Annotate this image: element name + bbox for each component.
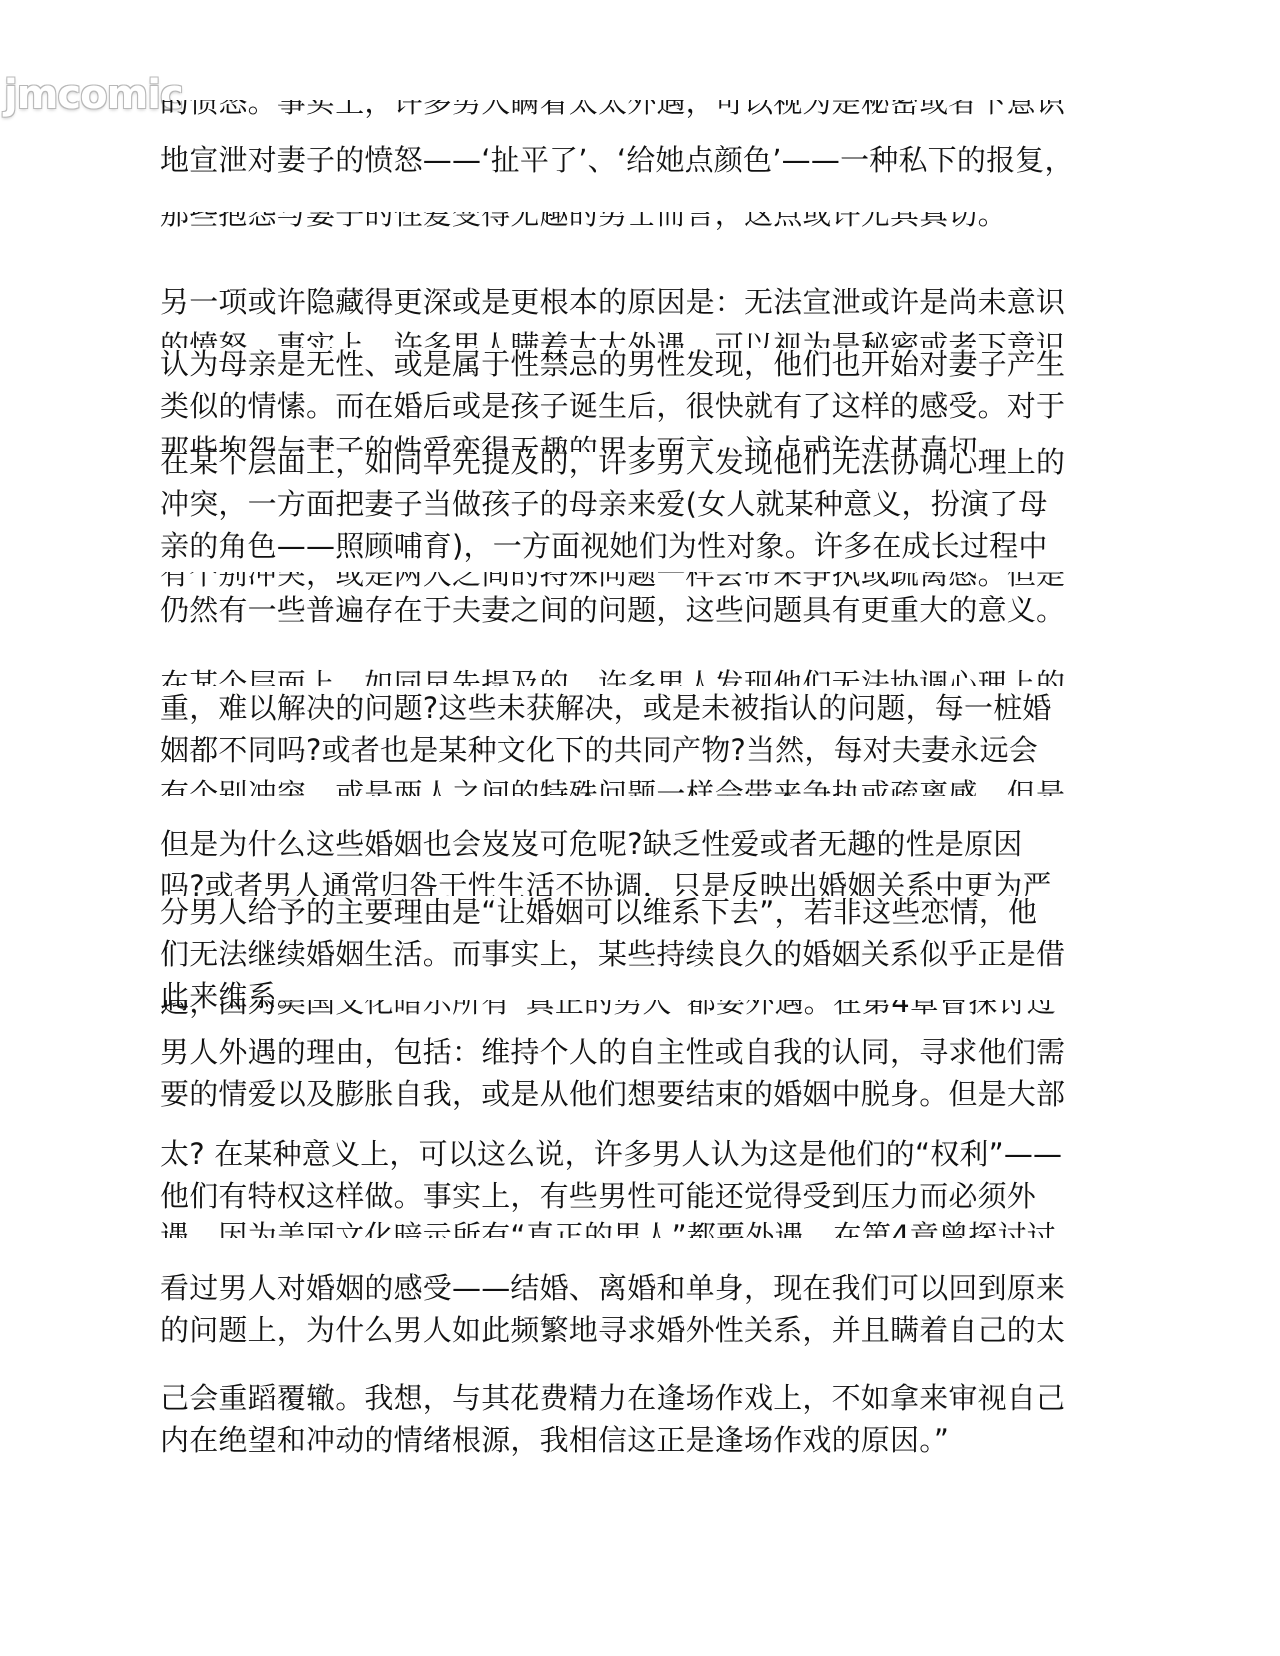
partial-text-line: 遇，因为美国文化暗示所有“真正的男人”都要外遇。在第4章曾探讨过 bbox=[160, 1216, 1120, 1238]
line-text: 要的情爱以及膨胀自我，或是从他们想要结束的婚姻中脱身。但是大部 bbox=[160, 1077, 1065, 1111]
text-line: 在某个层面上，如同早先提及的，许多男人发现他们无法协调心理上的 bbox=[160, 442, 1120, 482]
line-text: 另一项或许隐藏得更深或是更根本的原因是：无法宣泄或许是尚未意识 bbox=[160, 285, 1065, 319]
text-line: 的问题上，为什么男人如此频繁地寻求婚外性关系，并且瞒着自己的太 bbox=[160, 1310, 1120, 1350]
partial-text-line: 遇，因为美国文化暗示所有“真正的男人”都要外遇。在第4章曾探讨过 bbox=[160, 1000, 1120, 1022]
line-text: 遇，因为美国文化暗示所有“真正的男人”都要外遇。在第4章曾探讨过 bbox=[160, 1219, 1056, 1238]
watermark-logo: jmcomic bbox=[4, 72, 183, 118]
line-text: 重，难以解决的问题?这些未获解决，或是未被指认的问题，每一桩婚 bbox=[160, 691, 1052, 725]
line-text: 冲突，一方面把妻子当做孩子的母亲来爱(女人就某种意义，扮演了母 bbox=[160, 487, 1048, 521]
line-text: 男人外遇的理由，包括：维持个人的自主性或自我的认同，寻求他们需 bbox=[160, 1035, 1065, 1069]
line-text: 但是为什么这些婚姻也会岌岌可危呢?缺乏性爱或者无趣的性是原因 bbox=[160, 827, 1022, 861]
line-text: 太? 在某种意义上，可以这么说，许多男人认为这是他们的“权利”—— bbox=[160, 1137, 1062, 1171]
text-line: 地宣泄对妻子的愤怒——‘扯平了’、‘给她点颜色’——一种私下的报复， bbox=[160, 140, 1120, 180]
text-line: 但是为什么这些婚姻也会岌岌可危呢?缺乏性爱或者无趣的性是原因 bbox=[160, 824, 1120, 864]
text-line: 冲突，一方面把妻子当做孩子的母亲来爱(女人就某种意义，扮演了母 bbox=[160, 484, 1120, 524]
text-line: 亲的角色——照顾哺育)，一方面视她们为性对象。许多在成长过程中 bbox=[160, 526, 1120, 566]
text-line: 内在绝望和冲动的情绪根源，我相信这正是逢场作戏的原因。” bbox=[160, 1420, 1120, 1460]
partial-text-line: 有个别冲突，或是两人之间的特殊问题一样会带来争执或疏离感。但是 bbox=[160, 774, 1120, 796]
text-line: 类似的情愫。而在婚后或是孩子诞生后，很快就有了这样的感受。对于 bbox=[160, 386, 1120, 426]
line-text: 遇，因为美国文化暗示所有“真正的男人”都要外遇。在第4章曾探讨过 bbox=[160, 1000, 1056, 1019]
line-text: 亲的角色——照顾哺育)，一方面视她们为性对象。许多在成长过程中 bbox=[160, 529, 1048, 563]
text-line: 太? 在某种意义上，可以这么说，许多男人认为这是他们的“权利”—— bbox=[160, 1134, 1120, 1174]
partial-text-line: 的愤怒。事实上，许多男人瞒着太太外遇，可以视为是秘密或者下意识 bbox=[160, 100, 1120, 122]
line-text: 他们有特权这样做。事实上，有些男性可能还觉得受到压力而必须外 bbox=[160, 1179, 1036, 1213]
line-text: 仍然有一些普遍存在于夫妻之间的问题，这些问题具有更重大的意义。 bbox=[160, 593, 1065, 627]
line-text: 己会重蹈覆辙。我想，与其花费精力在逢场作戏上，不如拿来审视自己 bbox=[160, 1381, 1065, 1415]
line-text: 有个别冲突，或是两人之间的特殊问题一样会带来争执或疏离感。但是 bbox=[160, 777, 1065, 796]
text-line: 分男人给予的主要理由是“让婚姻可以维系下去”，若非这些恋情，他 bbox=[160, 892, 1120, 932]
partial-text-line: 那些抱怨与妻子的性爱变得无趣的男士而言，这点或许尤其真切。 bbox=[160, 212, 1120, 234]
line-text: 在某个层面上，如同早先提及的，许多男人发现他们无法协调心理上的 bbox=[160, 445, 1065, 479]
line-text: 有个别冲突，或是两人之间的特殊问题一样会带来争执或疏离感。但是 bbox=[160, 572, 1065, 591]
line-text: 认为母亲是无性、或是属于性禁忌的男性发现，他们也开始对妻子产生 bbox=[160, 347, 1065, 381]
partial-text-line: 在某个层面上，如同早先提及的，许多男人发现他们无法协调心理上的 bbox=[160, 664, 1120, 686]
line-text: 的问题上，为什么男人如此频繁地寻求婚外性关系，并且瞒着自己的太 bbox=[160, 1313, 1065, 1347]
line-text: 在某个层面上，如同早先提及的，许多男人发现他们无法协调心理上的 bbox=[160, 667, 1065, 686]
line-text: 分男人给予的主要理由是“让婚姻可以维系下去”，若非这些恋情，他 bbox=[160, 895, 1037, 929]
text-line: 他们有特权这样做。事实上，有些男性可能还觉得受到压力而必须外 bbox=[160, 1176, 1120, 1216]
line-text: 的愤怒。事实上，许多男人瞒着太太外遇，可以视为是秘密或者下意识 bbox=[160, 100, 1065, 119]
text-line: 重，难以解决的问题?这些未获解决，或是未被指认的问题，每一桩婚 bbox=[160, 688, 1120, 728]
text-line: 男人外遇的理由，包括：维持个人的自主性或自我的认同，寻求他们需 bbox=[160, 1032, 1120, 1072]
text-line: 看过男人对婚姻的感受——结婚、离婚和单身，现在我们可以回到原来 bbox=[160, 1268, 1120, 1308]
text-line: 姻都不同吗?或者也是某种文化下的共同产物?当然，每对夫妻永远会 bbox=[160, 730, 1120, 770]
line-text: 那些抱怨与妻子的性爱变得无趣的男士而言，这点或许尤其真切。 bbox=[160, 212, 1007, 231]
line-text: 内在绝望和冲动的情绪根源，我相信这正是逢场作戏的原因。” bbox=[160, 1423, 949, 1457]
text-line: 要的情爱以及膨胀自我，或是从他们想要结束的婚姻中脱身。但是大部 bbox=[160, 1074, 1120, 1114]
line-text: 姻都不同吗?或者也是某种文化下的共同产物?当然，每对夫妻永远会 bbox=[160, 733, 1038, 767]
line-text: 类似的情愫。而在婚后或是孩子诞生后，很快就有了这样的感受。对于 bbox=[160, 389, 1065, 423]
text-line: 仍然有一些普遍存在于夫妻之间的问题，这些问题具有更重大的意义。 bbox=[160, 590, 1120, 630]
text-line: 认为母亲是无性、或是属于性禁忌的男性发现，他们也开始对妻子产生 bbox=[160, 344, 1120, 384]
line-text: 看过男人对婚姻的感受——结婚、离婚和单身，现在我们可以回到原来 bbox=[160, 1271, 1065, 1305]
text-line: 己会重蹈覆辙。我想，与其花费精力在逢场作戏上，不如拿来审视自己 bbox=[160, 1378, 1120, 1418]
text-line: 另一项或许隐藏得更深或是更根本的原因是：无法宣泄或许是尚未意识 bbox=[160, 282, 1120, 322]
line-text: 们无法继续婚姻生活。而事实上，某些持续良久的婚姻关系似乎正是借 bbox=[160, 937, 1065, 971]
text-line: 们无法继续婚姻生活。而事实上，某些持续良久的婚姻关系似乎正是借 bbox=[160, 934, 1120, 974]
line-text: 地宣泄对妻子的愤怒——‘扯平了’、‘给她点颜色’——一种私下的报复， bbox=[160, 143, 1074, 177]
